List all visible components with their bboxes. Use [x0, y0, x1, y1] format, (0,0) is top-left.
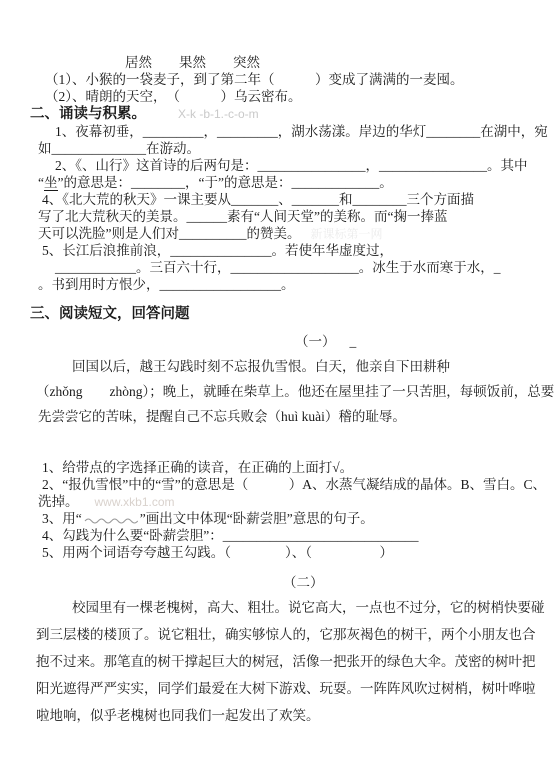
s2-item1-line1: 1、夜幕初垂，_________，_________，湖水荡漾。岸边的华灯___… — [55, 123, 539, 140]
reading1-line1-text: 回国以后，越王勾践时刻不忘报仇雪恨。白天，他亲自下田耕 — [72, 359, 437, 374]
s2-item5-line2: ____________。三百六十行，___________________。冰… — [55, 259, 539, 276]
reading2-title: （二） — [283, 574, 539, 591]
reading2-line3: 抱不过来。那笔直的树干撑起巨大的树冠，活像一把张开的绿色大伞。茂密的树叶把 — [36, 648, 539, 675]
word-bank: 居然 果然 突然 — [125, 54, 539, 71]
s2-item2-line2: “坐”的意思是：________，“于”的意思是：_____________。 — [38, 174, 539, 191]
s2-item4-line1: 4、《北大荒的秋天》一课主要从_______、_______和________三… — [42, 191, 539, 208]
s2-item4-line2: 写了北大荒秋天的美景。______素有“人间天堂”的美称。而“掬一捧蓝 — [38, 208, 539, 225]
reading2-line5: 啦地响，似乎老槐树也同我们一起发出了欢笑。 — [36, 702, 539, 729]
emphasis-dot-char-zhong: 种 — [437, 354, 451, 379]
section2-heading-line: 二、诵读与积累。X-k -b-1.-c-o-m — [30, 105, 539, 123]
reading1-question3: 3、用“”画出文中体现“卧薪尝胆”意思的句子。 — [42, 510, 539, 527]
stray-underscore-mark: _ — [350, 333, 357, 350]
s2-item5-line3: 。书到用时方恨少，__________________。 — [38, 276, 539, 293]
reading1-line3-text: 先尝尝它的苦味，提醒自己不忘兵败 — [38, 409, 254, 424]
s2-item2-line2-rest: ”的意思是：________，“于”的意思是：_____________。 — [58, 175, 393, 190]
worksheet-page: 居然 果然 突然 （1）、小猴的一袋麦子，到了第二年（ ）变成了满满的一麦囤。 … — [0, 0, 559, 774]
reading1-line1: 回国以后，越王勾践时刻不忘报仇雪恨。白天，他亲自下田耕种 — [72, 354, 539, 379]
reading1-question1: 1、给带点的字选择正确的读音，在正确的上面打√。 — [42, 459, 539, 476]
reading1-title-line: （一）_ — [295, 333, 539, 350]
s2-item4-line3-text: 天可以洗脸”则是人们对__________的赞美。 — [38, 226, 301, 241]
s2-item4-line3: 天可以洗脸”则是人们对__________的赞美。新课标第一网 — [38, 225, 539, 242]
reading2-line1: 校园里有一棵老槐树，高大、粗壮。说它高大，一点也不过分，它的树梢快要碰 — [72, 594, 539, 621]
reading1-question3-post: ”画出文中体现“卧薪尝胆”意思的句子。 — [140, 511, 374, 526]
fill-item-2: （2）、晴朗的天空， （ ）乌云密布。 — [45, 88, 539, 105]
watermark-xkb: X-k -b-1.-c-o-m — [178, 107, 259, 121]
reading1-title: （一） — [295, 334, 336, 349]
watermark-xkb1-url: www.xkb1.com — [95, 495, 175, 509]
reading1-question3-pre: 3、用“ — [42, 511, 82, 526]
s2-item2-line1: 2、《、山行》这首诗的后两句是：________________，_______… — [55, 157, 539, 174]
emphasis-dot-char-hui: 会 — [254, 404, 268, 429]
reading1-line3: 先尝尝它的苦味，提醒自己不忘兵败会（huì kuài）稽的耻辱。 — [38, 404, 539, 429]
s2-item5-line1: 5、长江后浪推前浪，_______________。若使年华虚度过， — [42, 242, 539, 259]
reading1-line3-rest: （huì kuài）稽的耻辱。 — [268, 409, 406, 424]
section3-heading: 三、阅读短文，回答问题 — [30, 305, 539, 323]
reading2-line2: 到三层楼的楼顶了。说它粗壮，确实够惊人的，它那灰褐色的树干，两个小朋友也合 — [36, 621, 539, 648]
reading2-line4: 阳光遮得严严实实，同学们最爱在大树下游戏、玩耍。一阵阵风吹过树梢，树叶哗啦 — [36, 675, 539, 702]
wavy-line-icon — [84, 511, 138, 528]
reading1-question2-line2: 洗掉。www.xkb1.com — [38, 493, 539, 510]
reading1-line2: （zhǒng zhòng）；晚上，就睡在柴草上。他还在屋里挂了一只苦胆，每顿饭前… — [36, 379, 539, 404]
fill-item-1: （1）、小猴的一袋麦子，到了第二年（ ）变成了满满的一麦囤。 — [45, 71, 539, 88]
reading1-question5: 5、用两个词语夸夸越王勾践。（ ）、（ ） — [42, 544, 539, 561]
reading1-question2-line1: 2、“报仇雪恨”中的“雪”的意思是（ ）A、水蒸气凝结成的晶体。B、雪白。C、 — [42, 476, 539, 493]
watermark-xinkebiao: 新课标第一网 — [311, 227, 383, 241]
reading1-question4: 4、勾践为什么要“卧薪尝胆”：_________________________… — [42, 527, 539, 544]
s2-item1-line2: 如______________在游动。 — [38, 140, 539, 157]
reading1-question2-text: 洗掉。 — [38, 494, 79, 509]
section2-heading: 二、诵读与积累。 — [30, 106, 146, 122]
underlined-char-zuo: 坐 — [44, 175, 58, 191]
